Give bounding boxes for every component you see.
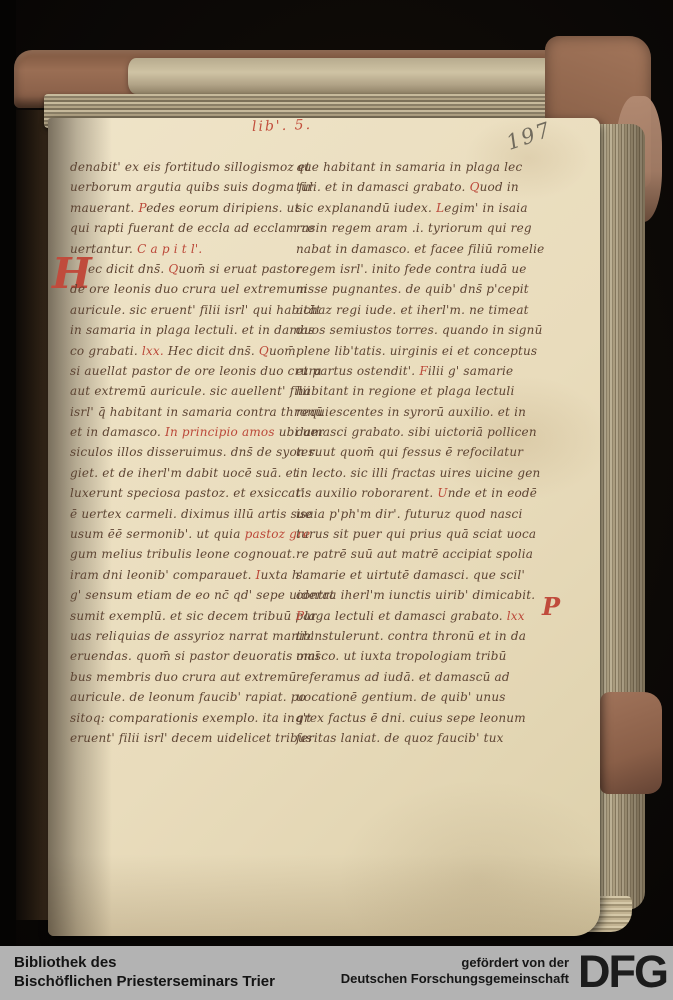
manuscript-line: gum melius tribulis leone cognouat. (70, 547, 312, 567)
ink-text: uas reliquias de assyrioz narrat manib' (70, 629, 315, 643)
leather-corner-bottom-right (600, 692, 662, 794)
photo-left-border (0, 0, 16, 946)
ink-text: uertantur. (70, 242, 137, 256)
ink-text: contra iherl'm iunctis uirib' dimicabit. (296, 588, 535, 602)
manuscript-line: nisse pugnantes. de quib' dns̄ p'cepit (296, 282, 538, 302)
rubric-text: Q (470, 180, 480, 194)
ink-text: uod in (480, 180, 519, 194)
ink-text: damasci grabato. sibi uictoriā pollicen (296, 425, 537, 439)
manuscript-line: de ore leonis duo crura uel extremum (70, 282, 312, 302)
manuscript-line: regem isrl'. inito fede contra iudā ue (296, 262, 538, 282)
ink-text: turus sit puer qui prius quā sciat uoca (296, 527, 536, 541)
manuscript-line: usum ēē sermonib'. ut quia pastoz gre (70, 527, 312, 547)
manuscript-line: feritas laniat. de quoz faucib' tux (296, 731, 538, 751)
manuscript-line: referamus ad iudā. et damascū ad (296, 670, 538, 690)
folio-number-pencil: 197 (503, 117, 554, 155)
ink-text: et in damasco. (70, 425, 165, 439)
manuscript-line: iram dni leonib' comparauet. Iuxta h' (70, 568, 312, 588)
manuscript-line: transtulerunt. contra thronū et in da (296, 629, 538, 649)
ink-text: requiescentes in syrorū auxilio. et in (296, 405, 526, 419)
manuscript-line: denabit' ex eis fortitudo sillogismoz et (70, 160, 312, 180)
ink-text: sitoq: comparationis exemplo. ita inq't (70, 711, 311, 725)
ink-text: achaz regi iude. et iherl'm. ne timeat (296, 303, 529, 317)
ink-text: habitant in regione et plaga lectuli (296, 384, 515, 398)
ink-text: ilii g' samarie (428, 364, 513, 378)
rubric-text: L (436, 201, 444, 215)
ink-text: ec dicit dns̄. (88, 262, 168, 276)
funding-credit-line2: Deutschen Forschungsgemeinschaft (341, 971, 569, 987)
ink-text: edes eorum diripiens. ut (146, 201, 299, 215)
manuscript-line: habitant in regione et plaga lectuli (296, 384, 538, 404)
manuscript-line: siculos illos disseruimus. dns̄ de syon … (70, 445, 312, 465)
manuscript-line: tuli. et in damasci grabato. Quod in (296, 180, 538, 200)
ink-text: uerborum argutia quibs suis dogma fir (70, 180, 313, 194)
ink-text: g' sensum etiam de eo nc̄ qd' sepe uider… (70, 588, 335, 602)
running-title-rubric: lib'. 5. (252, 117, 313, 135)
ink-text: re patrē suū aut matrē accipiat spoli… (296, 547, 533, 561)
manuscript-line: tes. ut quom̄ qui fessus ē refocilatur (296, 445, 538, 465)
manuscript-line: giet. et de iherl'm dabit uocē suā. et (70, 466, 312, 486)
manuscript-line: mauerant. Pedes eorum diripiens. ut (70, 201, 312, 221)
manuscript-line: que habitant in samaria in plaga lec (296, 160, 538, 180)
manuscript-line: uerborum argutia quibs suis dogma fir (70, 180, 312, 200)
manuscript-line: rasin regem aram .i. tyriorum qui reg (296, 221, 538, 241)
ink-text: iram dni leonib' comparauet. (70, 568, 256, 582)
rubric-text: Q (259, 344, 269, 358)
text-column-right: que habitant in samaria in plaga lectuli… (296, 160, 538, 751)
rubric-text: U (437, 486, 447, 500)
worn-spine-strip (128, 58, 552, 94)
ink-text: duos semiustos torres. quando in signū (296, 323, 543, 337)
manuscript-line: auricule. sic eruent' filii isrl' qui ha… (70, 303, 312, 323)
manuscript-line: re patrē suū aut matrē accipiat spoli… (296, 547, 538, 567)
rubric-text: lxx. (142, 344, 164, 358)
manuscript-scan-viewer: lib'. 5. 197 H P denabit' ex eis fortitu… (0, 0, 673, 1000)
viewer-footer: Bibliothek des Bischöflichen Priestersem… (0, 946, 673, 1000)
funding-credit: gefördert von der Deutschen Forschungsge… (341, 955, 569, 987)
ink-text: uocationē gentium. de quib' unus (296, 690, 506, 704)
ink-text: isaia p'ph'm dir'. futuruz quod nasci (296, 507, 522, 521)
ink-text: transtulerunt. contra thronū et in da (296, 629, 526, 643)
manuscript-line: eruent' filii isrl' decem uidelicet trib… (70, 731, 312, 751)
ink-text: tes. ut quom̄ qui fessus ē refocilatur (296, 445, 523, 459)
book-gutter-edge (16, 110, 50, 920)
scan-photo: lib'. 5. 197 H P denabit' ex eis fortitu… (0, 0, 673, 946)
manuscript-line: ē uertex carmeli. diximus illū artis s… (70, 507, 312, 527)
manuscript-line: contra iherl'm iunctis uirib' dimicabit. (296, 588, 538, 608)
ink-text: eruent' filii isrl' decem uidelicet trib… (70, 731, 312, 745)
ink-text: tis auxilio roborarent. (296, 486, 437, 500)
ink-text: denabit' ex eis fortitudo sillogismoz et (70, 160, 310, 174)
ink-text: grex factus ē dni. cuius sepe leonum (296, 711, 526, 725)
ink-text: referamus ad iudā. et damascū ad (296, 670, 510, 684)
ink-text: et partus ostendit'. (296, 364, 419, 378)
marginal-initial: P (542, 592, 560, 621)
manuscript-line: g' sensum etiam de eo nc̄ qd' sepe uider… (70, 588, 312, 608)
ink-text: auricule. de leonum faucib' rapiat. po (70, 690, 306, 704)
manuscript-line: sumit exemplū. et sic decem tribuū par (70, 609, 312, 629)
ink-text: samarie et uirtutē damasci. que scil' (296, 568, 525, 582)
ink-text: sic explanandū iudex. (296, 201, 436, 215)
ink-text: nde et in eodē (448, 486, 537, 500)
manuscript-line: et in damasco. In principio amos ubi uer (70, 425, 312, 445)
manuscript-line: et partus ostendit'. Filii g' samarie (296, 364, 538, 384)
ink-text: tuli. et in damasci grabato. (296, 180, 470, 194)
ink-text: plene lib'tatis. uirginis ei et conceptu… (296, 344, 537, 358)
manuscript-line: auricule. de leonum faucib' rapiat. po (70, 690, 312, 710)
manuscript-line: masco. ut iuxta tropologiam tribū (296, 649, 538, 669)
manuscript-line: turus sit puer qui prius quā sciat uoca (296, 527, 538, 547)
manuscript-line: damasci grabato. sibi uictoriā pollicen (296, 425, 538, 445)
manuscript-line: plene lib'tatis. uirginis ei et conceptu… (296, 344, 538, 364)
ink-text: feritas laniat. de quoz faucib' tux (296, 731, 504, 745)
manuscript-line: uas reliquias de assyrioz narrat manib' (70, 629, 312, 649)
library-credit-line2: Bischöflichen Priesterseminars Trier (14, 972, 275, 991)
funding-credit-line1: gefördert von der (341, 955, 569, 971)
manuscript-line: uocationē gentium. de quib' unus (296, 690, 538, 710)
manuscript-line: aut extremū auricule. sic auellent' fil… (70, 384, 312, 404)
ink-text: aut extremū auricule. sic auellent' fil… (70, 384, 310, 398)
manuscript-line: uertantur. C a p i t l'. (70, 242, 312, 262)
manuscript-line: in lecto. sic illi fractas uires uicine … (296, 466, 538, 486)
dfg-logo: DFG (578, 946, 667, 998)
ink-text: que habitant in samaria in plaga lec (296, 160, 522, 174)
ink-text: egim' in isaia (444, 201, 527, 215)
manuscript-line: in samaria in plaga lectuli. et in damas (70, 323, 312, 343)
ink-text: si auellat pastor de ore leonis duo crur… (70, 364, 322, 378)
ink-text: qui rapti fuerant de eccla ad ecclam re (70, 221, 315, 235)
ink-text: nisse pugnantes. de quib' dns̄ p'cepit (296, 282, 529, 296)
rubric-text: Q (168, 262, 178, 276)
text-column-left: denabit' ex eis fortitudo sillogismoz et… (70, 160, 312, 751)
ink-text: sumit exemplū. et sic decem tribuū par (70, 609, 317, 623)
ink-text: co grabati. (70, 344, 142, 358)
ink-text: eruendas. quom̄ si pastor deuoratis omī (70, 649, 320, 663)
ink-text: uom̄ (269, 344, 296, 358)
ink-text: luxerunt speciosa pastoz. et exsiccat' (70, 486, 304, 500)
manuscript-line: grex factus ē dni. cuius sepe leonum (296, 711, 538, 731)
manuscript-line: Plaga lectuli et damasci grabato. lxx (296, 609, 538, 629)
manuscript-line: achaz regi iude. et iherl'm. ne timeat (296, 303, 538, 323)
ink-text: nabat in damasco. et facee filiū romeli… (296, 242, 544, 256)
manuscript-line: isrl' q̄ habitant in samaria contra thro… (70, 405, 312, 425)
manuscript-page: lib'. 5. 197 H P denabit' ex eis fortitu… (48, 118, 600, 936)
ink-text: giet. et de iherl'm dabit uocē suā. et (70, 466, 298, 480)
ink-text: gum melius tribulis leone cognouat. (70, 547, 296, 561)
rubric-text: C a p i t l'. (137, 242, 202, 256)
ink-text: rasin regem aram .i. tyriorum qui reg (296, 221, 532, 235)
ink-text: mauerant. (70, 201, 138, 215)
manuscript-line: luxerunt speciosa pastoz. et exsiccat' (70, 486, 312, 506)
manuscript-line: ec dicit dns̄. Quom̄ si eruat pastor (70, 262, 312, 282)
manuscript-line: nabat in damasco. et facee filiū romeli… (296, 242, 538, 262)
manuscript-line: sic explanandū iudex. Legim' in isaia (296, 201, 538, 221)
manuscript-line: co grabati. lxx. Hec dicit dns̄. Quom̄ (70, 344, 312, 364)
manuscript-line: qui rapti fuerant de eccla ad ecclam re (70, 221, 312, 241)
ink-text: in samaria in plaga lectuli. et in damas (70, 323, 315, 337)
ink-text: masco. ut iuxta tropologiam tribū (296, 649, 507, 663)
manuscript-line: si auellat pastor de ore leonis duo crur… (70, 364, 312, 384)
library-credit: Bibliothek des Bischöflichen Priestersem… (14, 953, 275, 991)
ink-text: isrl' q̄ habitant in samaria contra thro… (70, 405, 323, 419)
manuscript-line: tis auxilio roborarent. Unde et in eodē (296, 486, 538, 506)
manuscript-line: isaia p'ph'm dir'. futuruz quod nasci (296, 507, 538, 527)
manuscript-line: sitoq: comparationis exemplo. ita inq't (70, 711, 312, 731)
ink-text: in lecto. sic illi fractas uires uicine … (296, 466, 540, 480)
ink-text: laga lectuli et damasci grabato. (304, 609, 506, 623)
ink-text: auricule. sic eruent' filii isrl' qui ha… (70, 303, 321, 317)
ink-text: uom̄ si eruat pastor (178, 262, 301, 276)
rubric-text: F (419, 364, 428, 378)
manuscript-line: eruendas. quom̄ si pastor deuoratis omī (70, 649, 312, 669)
manuscript-line: duos semiustos torres. quando in signū (296, 323, 538, 343)
manuscript-line: requiescentes in syrorū auxilio. et in (296, 405, 538, 425)
ink-text: ē uertex carmeli. diximus illū artis s… (70, 507, 312, 521)
manuscript-line: samarie et uirtutē damasci. que scil' (296, 568, 538, 588)
ink-text: regem isrl'. inito fede contra iudā ue (296, 262, 527, 276)
ink-text: bus membris duo crura aut extremū (70, 670, 297, 684)
ink-text: siculos illos disseruimus. dns̄ de syon … (70, 445, 323, 459)
ink-text: Hec dicit dns̄. (164, 344, 259, 358)
rubric-text: In principio amos (165, 425, 275, 439)
ink-text: de ore leonis duo crura uel extremum (70, 282, 307, 296)
rubric-text: lxx (507, 609, 525, 623)
manuscript-line: bus membris duo crura aut extremū (70, 670, 312, 690)
ink-text: usum ēē sermonib'. ut quia (70, 527, 245, 541)
library-credit-line1: Bibliothek des (14, 953, 275, 972)
